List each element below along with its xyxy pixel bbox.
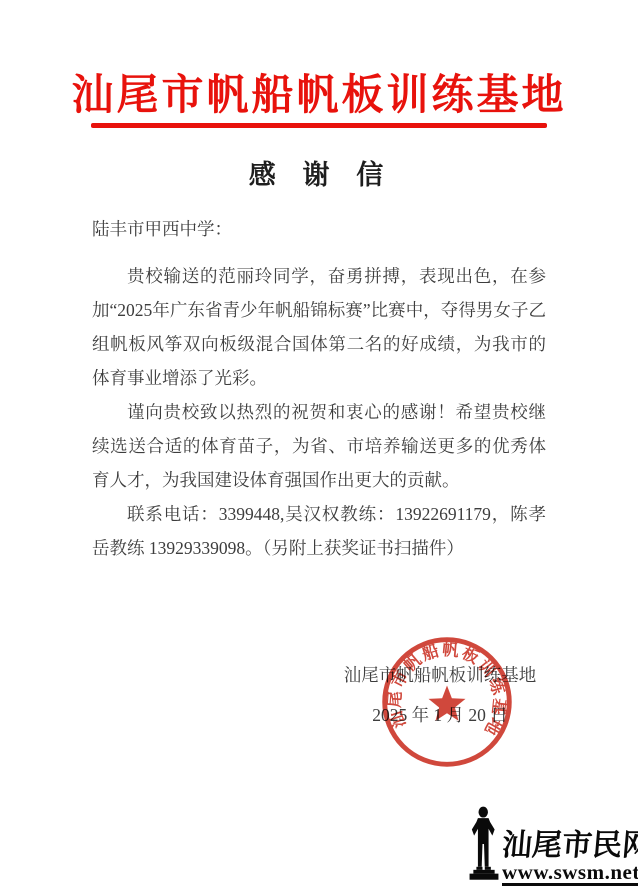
- paragraph-contact: 联系电话：3399448,吴汉权教练：13922691179，陈孝岳教练 139…: [92, 497, 546, 565]
- standing-person-silhouette-icon: [467, 806, 501, 887]
- letterhead-rule: [91, 123, 547, 128]
- site-watermark: 汕尾市民网 www.swsm.net: [467, 806, 638, 887]
- official-seal: 汕尾市帆船帆板训练基地: [374, 629, 520, 775]
- star-icon: [429, 685, 466, 720]
- letterhead: 汕尾市帆船帆板训练基地: [0, 72, 638, 128]
- paragraph-thanks: 谨向贵校致以热烈的祝贺和衷心的感谢！希望贵校继续选送合适的体育苗子，为省、市培养…: [92, 395, 546, 497]
- letterhead-org-name: 汕尾市帆船帆板训练基地: [0, 72, 638, 118]
- letter-page: 汕尾市帆船帆板训练基地 感 谢 信 陆丰市甲西中学： 贵校输送的范丽玲同学，奋勇…: [0, 0, 638, 887]
- salutation: 陆丰市甲西中学：: [92, 212, 546, 246]
- letter-body: 陆丰市甲西中学： 贵校输送的范丽玲同学，奋勇拼搏，表现出色，在参加“2025年广…: [92, 212, 546, 565]
- letter-title: 感 谢 信: [0, 153, 638, 192]
- watermark-text: 汕尾市民网 www.swsm.net: [502, 831, 638, 886]
- watermark-site-name: 汕尾市民网: [501, 831, 638, 861]
- paragraph-achievement: 贵校输送的范丽玲同学，奋勇拼搏，表现出色，在参加“2025年广东省青少年帆船锦标…: [92, 259, 546, 395]
- watermark-site-url: www.swsm.net: [502, 861, 638, 886]
